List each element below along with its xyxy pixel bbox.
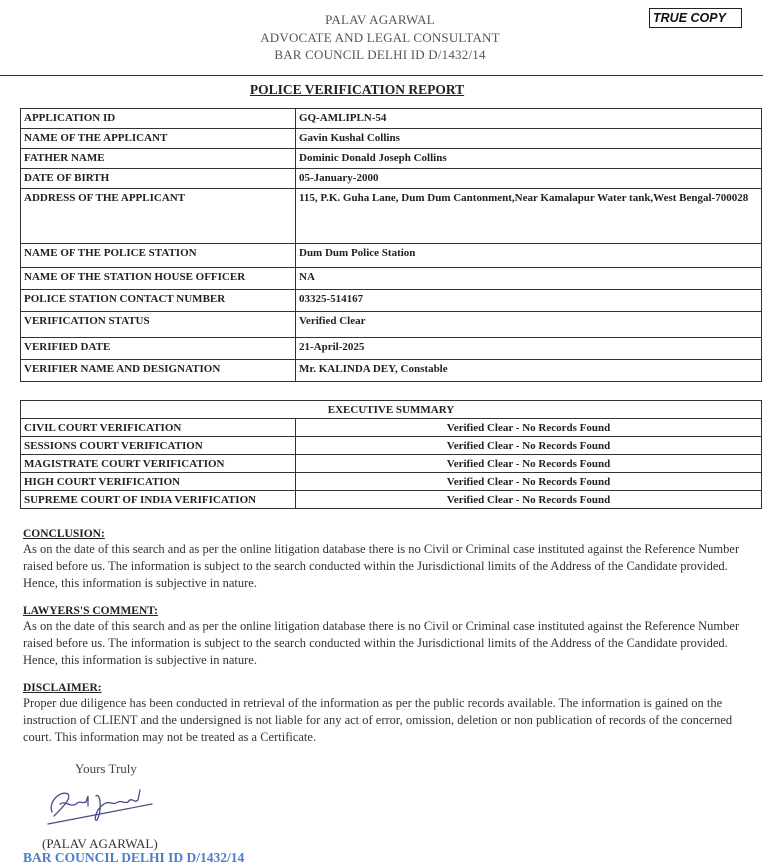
details-label: APPLICATION ID — [21, 109, 296, 129]
report-title: POLICE VERIFICATION REPORT — [0, 82, 714, 98]
details-value: 03325-514167 — [296, 290, 762, 312]
summary-status: Verified Clear - No Records Found — [296, 437, 762, 455]
letterhead-role: ADVOCATE AND LEGAL CONSULTANT — [0, 30, 770, 46]
lawyers-comment-text: As on the date of this search and as per… — [23, 619, 739, 667]
disclaimer-section: DISCLAIMER: Proper due diligence has bee… — [23, 680, 758, 746]
summary-court-label: SESSIONS COURT VERIFICATION — [21, 437, 296, 455]
details-label: NAME OF THE STATION HOUSE OFFICER — [21, 268, 296, 290]
signatory-bar-id: BAR COUNCIL DELHI ID D/1432/14 — [23, 850, 244, 865]
details-row: POLICE STATION CONTACT NUMBER03325-51416… — [21, 290, 762, 312]
executive-summary-table: EXECUTIVE SUMMARY CIVIL COURT VERIFICATI… — [20, 400, 762, 509]
conclusion-text: As on the date of this search and as per… — [23, 542, 739, 590]
details-value: NA — [296, 268, 762, 290]
summary-status: Verified Clear - No Records Found — [296, 419, 762, 437]
details-row: VERIFIER NAME AND DESIGNATIONMr. KALINDA… — [21, 360, 762, 382]
details-row: ADDRESS OF THE APPLICANT115, P.K. Guha L… — [21, 189, 762, 244]
details-label: NAME OF THE POLICE STATION — [21, 244, 296, 268]
details-row: NAME OF THE APPLICANTGavin Kushal Collin… — [21, 129, 762, 149]
letterhead-bar-id: BAR COUNCIL DELHI ID D/1432/14 — [0, 47, 770, 63]
lawyers-comment-label: LAWYERS'S COMMENT: — [23, 603, 758, 618]
applicant-details-table: APPLICATION IDGQ-AMLIPLN-54NAME OF THE A… — [20, 108, 762, 382]
details-label: DATE OF BIRTH — [21, 169, 296, 189]
closing-text: Yours Truly — [75, 761, 137, 777]
summary-status: Verified Clear - No Records Found — [296, 473, 762, 491]
summary-row: MAGISTRATE COURT VERIFICATIONVerified Cl… — [21, 455, 762, 473]
details-label: VERIFICATION STATUS — [21, 312, 296, 338]
summary-heading: EXECUTIVE SUMMARY — [21, 401, 762, 419]
details-row: VERIFIED DATE21-April-2025 — [21, 338, 762, 360]
summary-court-label: HIGH COURT VERIFICATION — [21, 473, 296, 491]
lawyers-comment-section: LAWYERS'S COMMENT: As on the date of thi… — [23, 603, 758, 669]
details-value: Gavin Kushal Collins — [296, 129, 762, 149]
summary-row: HIGH COURT VERIFICATIONVerified Clear - … — [21, 473, 762, 491]
details-row: NAME OF THE STATION HOUSE OFFICERNA — [21, 268, 762, 290]
details-value: GQ-AMLIPLN-54 — [296, 109, 762, 129]
details-row: FATHER NAMEDominic Donald Joseph Collins — [21, 149, 762, 169]
details-label: POLICE STATION CONTACT NUMBER — [21, 290, 296, 312]
header-divider — [0, 75, 763, 76]
summary-row: SESSIONS COURT VERIFICATIONVerified Clea… — [21, 437, 762, 455]
details-value: Dominic Donald Joseph Collins — [296, 149, 762, 169]
signature-image — [40, 782, 160, 832]
summary-status: Verified Clear - No Records Found — [296, 455, 762, 473]
summary-row: CIVIL COURT VERIFICATIONVerified Clear -… — [21, 419, 762, 437]
details-row: APPLICATION IDGQ-AMLIPLN-54 — [21, 109, 762, 129]
true-copy-stamp: TRUE COPY — [649, 8, 742, 28]
summary-court-label: CIVIL COURT VERIFICATION — [21, 419, 296, 437]
details-value: Dum Dum Police Station — [296, 244, 762, 268]
summary-court-label: SUPREME COURT OF INDIA VERIFICATION — [21, 491, 296, 509]
details-row: VERIFICATION STATUSVerified Clear — [21, 312, 762, 338]
summary-court-label: MAGISTRATE COURT VERIFICATION — [21, 455, 296, 473]
details-label: ADDRESS OF THE APPLICANT — [21, 189, 296, 244]
details-value: Verified Clear — [296, 312, 762, 338]
details-label: VERIFIER NAME AND DESIGNATION — [21, 360, 296, 382]
details-label: NAME OF THE APPLICANT — [21, 129, 296, 149]
details-row: NAME OF THE POLICE STATIONDum Dum Police… — [21, 244, 762, 268]
summary-row: SUPREME COURT OF INDIA VERIFICATIONVerif… — [21, 491, 762, 509]
details-label: VERIFIED DATE — [21, 338, 296, 360]
details-label: FATHER NAME — [21, 149, 296, 169]
details-value: Mr. KALINDA DEY, Constable — [296, 360, 762, 382]
conclusion-label: CONCLUSION: — [23, 526, 758, 541]
disclaimer-text: Proper due diligence has been conducted … — [23, 696, 732, 744]
details-value: 21-April-2025 — [296, 338, 762, 360]
details-row: DATE OF BIRTH05-January-2000 — [21, 169, 762, 189]
disclaimer-label: DISCLAIMER: — [23, 680, 758, 695]
details-value: 115, P.K. Guha Lane, Dum Dum Cantonment,… — [296, 189, 762, 244]
conclusion-section: CONCLUSION: As on the date of this searc… — [23, 526, 758, 592]
summary-heading-row: EXECUTIVE SUMMARY — [21, 401, 762, 419]
summary-status: Verified Clear - No Records Found — [296, 491, 762, 509]
details-value: 05-January-2000 — [296, 169, 762, 189]
